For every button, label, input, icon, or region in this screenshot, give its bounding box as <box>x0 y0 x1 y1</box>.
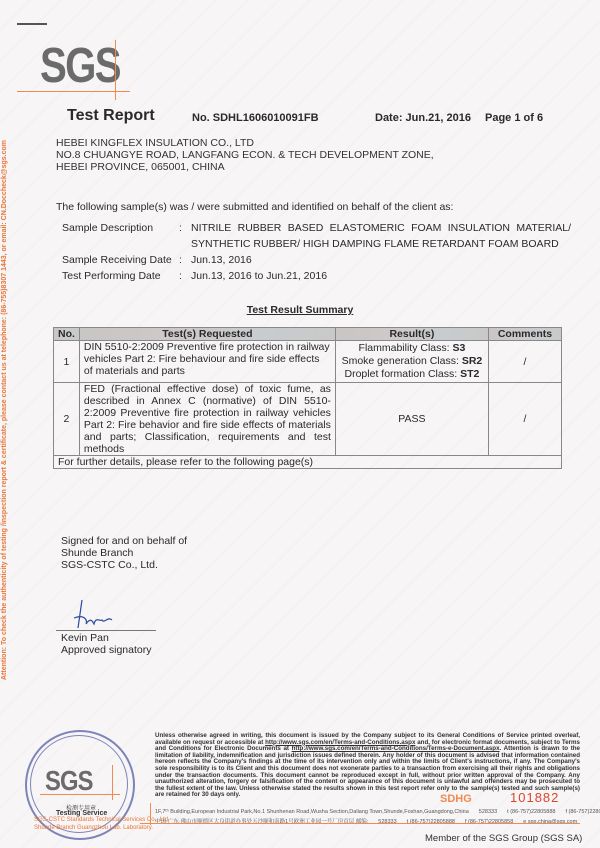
sign-line-2: Shunde Branch <box>61 547 187 559</box>
stamp-rule-v <box>112 765 113 800</box>
row-result: PASS <box>335 383 488 456</box>
row-no: 1 <box>54 341 80 383</box>
signatory-name: Kevin Pan <box>61 632 151 644</box>
report-number: No. SDHL1606010091FB <box>192 112 319 124</box>
field-label: Sample Description <box>62 220 179 236</box>
sample-fields: Sample Description : NITRILE RUBBER BASE… <box>62 220 571 284</box>
field-sample-description-cont: SYNTHETIC RUBBER/ HIGH DAMPING FLAME RET… <box>62 236 571 252</box>
table-row: 2 FED (Fractional effective dose) of tox… <box>54 383 562 456</box>
table-row: 1 DIN 5510-2:2009 Preventive fire protec… <box>54 341 562 383</box>
row-no: 2 <box>54 383 80 456</box>
client-name: HEBEI KINGFLEX INSULATION CO., LTD <box>56 137 434 149</box>
sign-line-3: SGS-CSTC Co., Ltd. <box>61 559 187 571</box>
page-indicator: Page 1 of 6 <box>485 112 543 124</box>
signature-image <box>70 598 120 632</box>
col-tests: Test(s) Requested <box>79 328 335 341</box>
serial-number: 101882 <box>510 790 559 805</box>
field-value: Jun.13, 2016 to Jun.21, 2016 <box>191 268 571 284</box>
sgs-logo: SGS <box>40 38 120 94</box>
field-value: SYNTHETIC RUBBER/ HIGH DAMPING FLAME RET… <box>191 236 571 252</box>
footer-address: 1F,7ᵗʰ Building,European Industrial Park… <box>155 807 600 827</box>
logo-rule-vertical <box>115 40 116 100</box>
signatory-name-block: Kevin Pan Approved signatory <box>61 632 151 656</box>
col-comments: Comments <box>488 328 561 341</box>
row-test: DIN 5510-2:2009 Preventive fire protecti… <box>79 341 335 383</box>
address-rule <box>150 803 151 825</box>
field-label: Sample Receiving Date <box>62 252 179 268</box>
email-link[interactable]: e sgs.china@sgs.com <box>523 817 577 827</box>
table-footer-note: For further details, please refer to the… <box>54 456 562 469</box>
col-no: No. <box>54 328 80 341</box>
field-performing-date: Test Performing Date : Jun.13, 2016 to J… <box>62 268 571 284</box>
table-footer-row: For further details, please refer to the… <box>54 456 562 469</box>
signatory-block: Signed for and on behalf of Shunde Branc… <box>61 535 187 571</box>
row-test: FED (Fractional effective dose) of toxic… <box>79 383 335 456</box>
table-header: No. Test(s) Requested Result(s) Comments <box>54 328 562 341</box>
field-value: NITRILE RUBBER BASED ELASTOMERIC FOAM IN… <box>191 220 571 236</box>
top-rule <box>17 23 47 25</box>
authenticity-notice: Attention: To check the authenticity of … <box>1 120 11 680</box>
row-comments: / <box>488 341 561 383</box>
stamp-rule-h <box>40 794 120 795</box>
footer-rule <box>140 823 580 824</box>
results-table: No. Test(s) Requested Result(s) Comments… <box>53 327 562 469</box>
row-results: Flammability Class: S3 Smoke generation … <box>335 341 488 383</box>
client-block: HEBEI KINGFLEX INSULATION CO., LTD NO.8 … <box>56 137 434 173</box>
branch-code: SDHG <box>440 793 472 805</box>
col-results: Result(s) <box>335 328 488 341</box>
field-receiving-date: Sample Receiving Date : Jun.13, 2016 <box>62 252 571 268</box>
member-text: Member of the SGS Group (SGS SA) <box>425 833 582 844</box>
summary-title: Test Result Summary <box>0 304 600 316</box>
row-comments: / <box>488 383 561 456</box>
signatory-role: Approved signatory <box>61 644 151 656</box>
client-address-2: HEBEI PROVINCE, 065001, CHINA <box>56 161 434 173</box>
report-date: Date: Jun.21, 2016 <box>375 112 471 124</box>
field-sample-description: Sample Description : NITRILE RUBBER BASE… <box>62 220 571 236</box>
field-label: Test Performing Date <box>62 268 179 284</box>
field-value: Jun.13, 2016 <box>191 252 571 268</box>
sign-line-1: Signed for and on behalf of <box>61 535 187 547</box>
logo-rule-horizontal <box>17 91 130 92</box>
report-title: Test Report <box>67 107 155 125</box>
client-address-1: NO.8 CHUANGYE ROAD, LANGFANG ECON. & TEC… <box>56 149 434 161</box>
sample-intro: The following sample(s) was / were submi… <box>56 201 453 213</box>
signature-line <box>56 630 156 631</box>
stamp-logo: SGS <box>45 765 93 797</box>
